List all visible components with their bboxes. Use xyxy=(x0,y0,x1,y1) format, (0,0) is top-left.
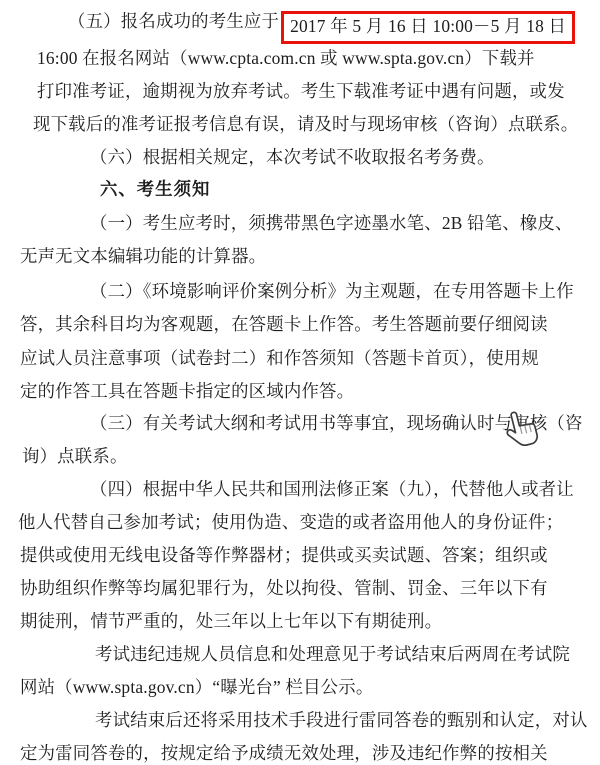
document-page: （五）报名成功的考生应于2017 年 5 月 16 日 10:00－5 月 18… xyxy=(0,0,600,765)
line-text: 答，其余科目均为客观题，在答题卡上作答。考生答题前要仔细阅读 xyxy=(20,314,548,334)
line-text: 考试结束后还将采用技术手段进行雷同答卷的甄别和认定，对认 xyxy=(95,710,588,730)
line-text: 网站（www.spta.gov.cn）“曝光台” 栏目公示。 xyxy=(20,677,373,697)
line-text: 16:00 在报名网站（www.cpta.com.cn 或 www.spta.g… xyxy=(37,48,535,68)
text-line: 无声无文本编辑功能的计算器。 xyxy=(20,245,266,268)
text-line: 期徒刑，情节严重的，处三年以上七年以下有期徒刑。 xyxy=(20,610,442,633)
text-line: 打印准考证，逾期视为放弃考试。考生下载准考证中遇有问题，或发 xyxy=(37,80,565,103)
text-line: 提供或使用无线电设备等作弊器材；提供或买卖试题、答案；组织或 xyxy=(20,544,548,567)
line-text: （四）根据中华人民共和国刑法修正案（九），代替他人或者让 xyxy=(90,479,574,499)
line-text: （二）《环境影响评价案例分析》为主观题，在专用答题卡上作 xyxy=(90,281,574,301)
line-text: 提供或使用无线电设备等作弊器材；提供或买卖试题、答案；组织或 xyxy=(20,545,548,565)
text-line: （四）根据中华人民共和国刑法修正案（九），代替他人或者让 xyxy=(90,478,574,501)
line-text: 无声无文本编辑功能的计算器。 xyxy=(20,246,266,266)
text-line: 应试人员注意事项（试卷封二）和作答须知（答题卡首页），使用规 xyxy=(20,347,539,370)
line-text: 定的作答工具在答题卡指定的区域内作答。 xyxy=(20,381,354,401)
line-text: 考试违纪违规人员信息和处理意见于考试结束后两周在考试院 xyxy=(95,644,570,664)
text-line: 询）点联系。 xyxy=(22,445,128,468)
line-text: 询）点联系。 xyxy=(22,446,128,466)
text-line: 定的作答工具在答题卡指定的区域内作答。 xyxy=(20,380,354,403)
text-line: （一）考生应考时，须携带黑色字迹墨水笔、2B 铅笔、橡皮、 xyxy=(90,212,573,235)
text-line: 16:00 在报名网站（www.cpta.com.cn 或 www.spta.g… xyxy=(37,47,535,70)
line-text: 协助组织作弊等均属犯罪行为，处以拘役、管制、罚金、三年以下有 xyxy=(20,578,548,598)
text-line: 协助组织作弊等均属犯罪行为，处以拘役、管制、罚金、三年以下有 xyxy=(20,577,548,600)
text-line: （二）《环境影响评价案例分析》为主观题，在专用答题卡上作 xyxy=(90,280,574,303)
line-text: （一）考生应考时，须携带黑色字迹墨水笔、2B 铅笔、橡皮、 xyxy=(90,213,573,233)
line-text: 应试人员注意事项（试卷封二）和作答须知（答题卡首页），使用规 xyxy=(20,348,539,368)
text-line: （五）报名成功的考生应于2017 年 5 月 16 日 10:00－5 月 18… xyxy=(68,10,575,44)
text-line: 定为雷同答卷的，按规定给予成绩无效处理，涉及违纪作弊的按相关 xyxy=(20,742,548,765)
text-line: 考试结束后还将采用技术手段进行雷同答卷的甄别和认定，对认 xyxy=(95,709,588,732)
line-text: 他人代替自己参加考试；使用伪造、变造的或者盗用他人的身份证件； xyxy=(18,512,563,532)
text-line: 网站（www.spta.gov.cn）“曝光台” 栏目公示。 xyxy=(20,676,373,699)
line-text: 六、考生须知 xyxy=(100,179,210,199)
line-text: 现下载后的准考证报考信息有误，请及时与现场审核（咨询）点联系。 xyxy=(33,114,578,134)
text-line: 他人代替自己参加考试；使用伪造、变造的或者盗用他人的身份证件； xyxy=(18,511,563,534)
line-text: 定为雷同答卷的，按规定给予成绩无效处理，涉及违纪作弊的按相关 xyxy=(20,743,548,763)
line-text: 打印准考证，逾期视为放弃考试。考生下载准考证中遇有问题，或发 xyxy=(37,81,565,101)
text-line: 现下载后的准考证报考信息有误，请及时与现场审核（咨询）点联系。 xyxy=(33,113,578,136)
line-text: （五）报名成功的考生应于 xyxy=(68,11,279,31)
line-text: （六）根据相关规定，本次考试不收取报名考务费。 xyxy=(90,147,495,167)
text-line: （六）根据相关规定，本次考试不收取报名考务费。 xyxy=(90,146,495,169)
line-text: 期徒刑，情节严重的，处三年以上七年以下有期徒刑。 xyxy=(20,611,442,631)
text-line: 答，其余科目均为客观题，在答题卡上作答。考生答题前要仔细阅读 xyxy=(20,313,548,336)
highlight-box: 2017 年 5 月 16 日 10:00－5 月 18 日 xyxy=(281,11,575,44)
section-heading: 六、考生须知 xyxy=(100,178,210,201)
text-line: 考试违纪违规人员信息和处理意见于考试结束后两周在考试院 xyxy=(95,643,570,666)
